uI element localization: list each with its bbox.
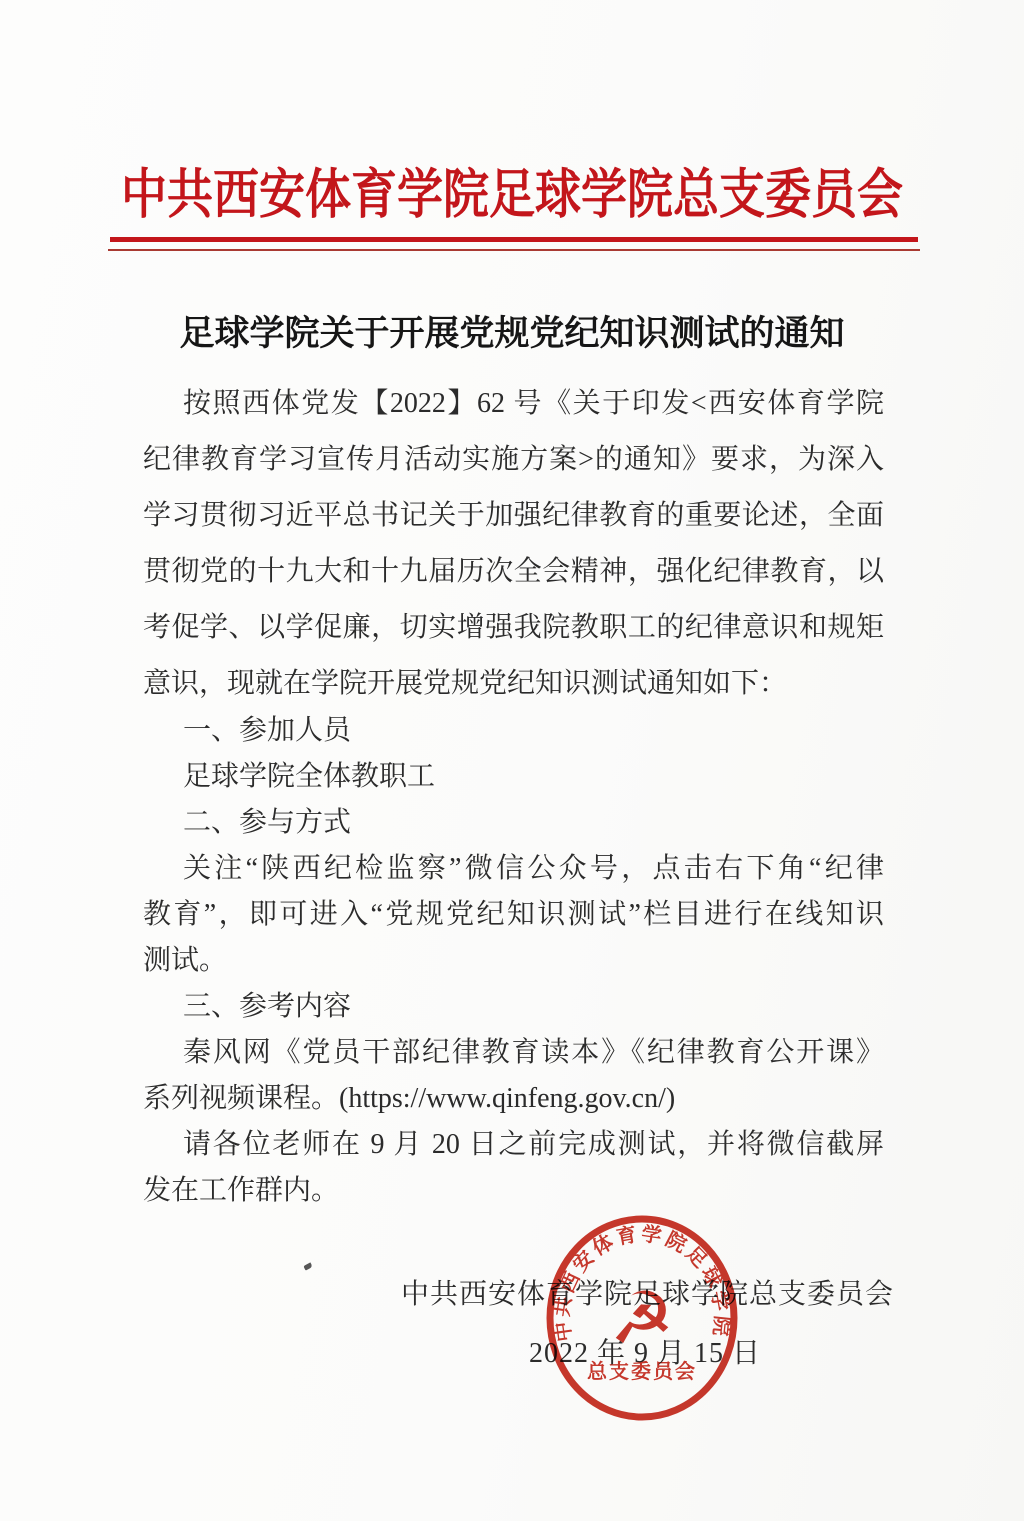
text-line: 三、参考内容	[143, 984, 884, 1030]
seal-bottom-text: 总支委员会	[587, 1359, 697, 1383]
text-line: 贯彻党的十九大和十九届历次全会精神，强化纪律教育，以	[143, 544, 884, 600]
notice-title: 足球学院关于开展党规党纪知识测试的通知	[0, 306, 1024, 356]
text-line: 测试。	[143, 938, 884, 984]
text-line: 学习贯彻习近平总书记关于加强纪律教育的重要论述，全面	[143, 488, 884, 544]
notice-body: 一、参加人员足球学院全体教职工二、参与方式关注“陕西纪检监察”微信公众号，点击右…	[143, 708, 884, 1214]
text-line: 发在工作群内。	[143, 1168, 884, 1214]
stray-ink-mark	[303, 1262, 312, 1270]
official-seal: 中共西安体育学院足球学院 ☭ 总支委员会	[542, 1212, 742, 1428]
letterhead-rule-thin	[108, 249, 920, 251]
text-line: 纪律教育学习宣传月活动实施方案>的通知》要求，为深入	[143, 432, 884, 488]
text-line: 秦风网《党员干部纪律教育读本》《纪律教育公开课》	[143, 1030, 884, 1076]
text-line: 一、参加人员	[143, 708, 884, 754]
letterhead-title: 中共西安体育学院足球学院总支委员会	[0, 152, 1024, 229]
text-line: 教育”，即可进入“党规党纪知识测试”栏目进行在线知识	[143, 892, 884, 938]
text-line: 按照西体党发【2022】62 号《关于印发<西安体育学院	[143, 376, 884, 432]
document-page: 中共西安体育学院足球学院总支委员会 足球学院关于开展党规党纪知识测试的通知 按照…	[0, 0, 1024, 1521]
text-line: 足球学院全体教职工	[143, 754, 884, 800]
text-line: 请各位老师在 9 月 20 日之前完成测试，并将微信截屏	[143, 1122, 884, 1168]
text-line: 二、参与方式	[143, 800, 884, 846]
letterhead-rule-thick	[110, 237, 918, 242]
notice-paragraph-intro: 按照西体党发【2022】62 号《关于印发<西安体育学院纪律教育学习宣传月活动实…	[143, 376, 884, 712]
text-line: 系列视频课程。(https://www.qinfeng.gov.cn/)	[143, 1076, 884, 1122]
text-line: 考促学、以学促廉，切实增强我院教职工的纪律意识和规矩	[143, 600, 884, 656]
text-line: 意识，现就在学院开展党规党纪知识测试通知如下：	[143, 656, 884, 712]
text-line: 关注“陕西纪检监察”微信公众号，点击右下角“纪律	[143, 846, 884, 892]
hammer-sickle-icon: ☭	[610, 1276, 675, 1360]
